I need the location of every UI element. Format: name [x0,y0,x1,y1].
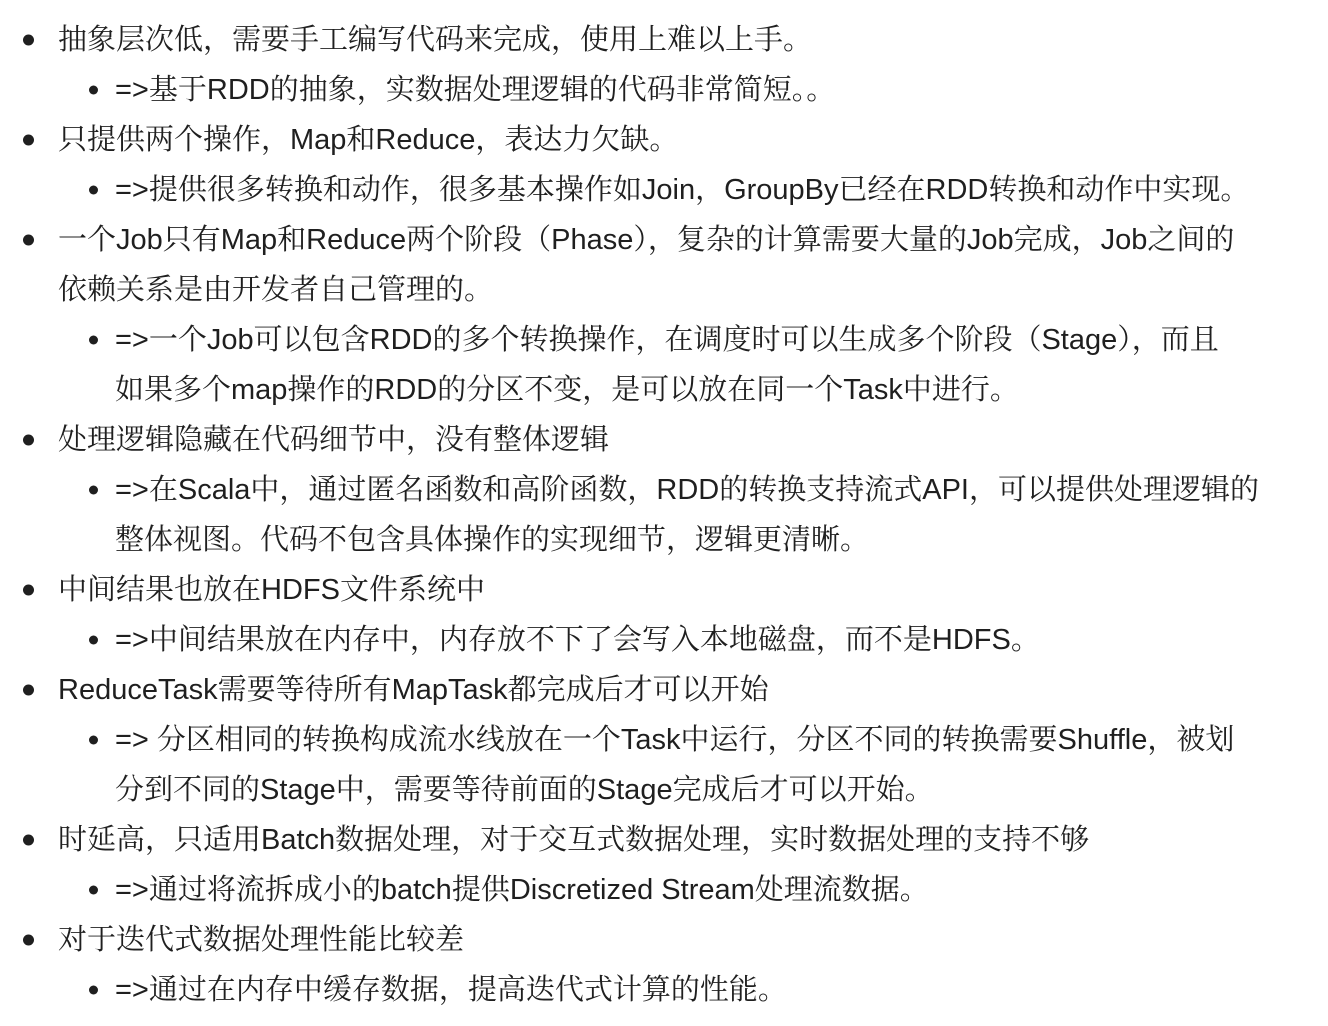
list-item: =>中间结果放在内存中，内存放不下了会写入本地磁盘，而不是HDFS。 [0,615,1328,665]
list-item-text: =>一个Job可以包含RDD的多个转换操作，在调度时可以生成多个阶段（Stage… [0,315,1328,365]
list-item: 时延高，只适用Batch数据处理，对于交互式数据处理，实时数据处理的支持不够 [0,815,1328,865]
list-item: ReduceTask需要等待所有MapTask都完成后才可以开始 [0,665,1328,715]
bullet-icon [23,835,34,846]
bullet-icon [89,736,98,745]
list-item-text: 抽象层次低，需要手工编写代码来完成，使用上难以上手。 [0,15,1328,65]
list-item: 抽象层次低，需要手工编写代码来完成，使用上难以上手。 [0,15,1328,65]
bullet-icon [23,135,34,146]
bullet-icon [23,35,34,46]
bullet-icon [89,336,98,345]
list-item-text: 一个Job只有Map和Reduce两个阶段（Phase），复杂的计算需要大量的J… [0,215,1328,265]
list-item-continuation: 整体视图。代码不包含具体操作的实现细节，逻辑更清晰。 [0,515,1328,565]
list-item-text: =>在Scala中，通过匿名函数和高阶函数，RDD的转换支持流式API，可以提供… [0,465,1328,515]
list-item-text: =>中间结果放在内存中，内存放不下了会写入本地磁盘，而不是HDFS。 [0,615,1328,665]
list-item-text: 处理逻辑隐藏在代码细节中，没有整体逻辑 [0,415,1328,465]
list-item-text: =>通过将流拆成小的batch提供Discretized Stream处理流数据… [0,865,1328,915]
bullet-icon [89,986,98,995]
list-item: =>在Scala中，通过匿名函数和高阶函数，RDD的转换支持流式API，可以提供… [0,465,1328,515]
list-item-text: => 分区相同的转换构成流水线放在一个Task中运行，分区不同的转换需要Shuf… [0,715,1328,765]
list-item-text: =>基于RDD的抽象，实数据处理逻辑的代码非常简短。。 [0,65,1328,115]
bullet-icon [89,636,98,645]
bullet-icon [89,86,98,95]
bullet-icon [23,585,34,596]
list-item: 中间结果也放在HDFS文件系统中 [0,565,1328,615]
list-item-continuation: 分到不同的Stage中，需要等待前面的Stage完成后才可以开始。 [0,765,1328,815]
list-item: =>通过将流拆成小的batch提供Discretized Stream处理流数据… [0,865,1328,915]
bullet-icon [89,886,98,895]
list-item-text: 对于迭代式数据处理性能比较差 [0,915,1328,965]
list-item: =>基于RDD的抽象，实数据处理逻辑的代码非常简短。。 [0,65,1328,115]
list-item: => 分区相同的转换构成流水线放在一个Task中运行，分区不同的转换需要Shuf… [0,715,1328,765]
list-item-text: 依赖关系是由开发者自己管理的。 [0,265,1328,315]
list-item: 处理逻辑隐藏在代码细节中，没有整体逻辑 [0,415,1328,465]
list-item-text: 中间结果也放在HDFS文件系统中 [0,565,1328,615]
bullet-icon [89,186,98,195]
list-item-text: =>提供很多转换和动作，很多基本操作如Join，GroupBy已经在RDD转换和… [0,165,1328,215]
list-item: 一个Job只有Map和Reduce两个阶段（Phase），复杂的计算需要大量的J… [0,215,1328,265]
list-item: 只提供两个操作，Map和Reduce，表达力欠缺。 [0,115,1328,165]
list-item-text: 如果多个map操作的RDD的分区不变，是可以放在同一个Task中进行。 [0,365,1328,415]
list-item-text: ReduceTask需要等待所有MapTask都完成后才可以开始 [0,665,1328,715]
bullet-icon [89,486,98,495]
notes-document: 抽象层次低，需要手工编写代码来完成，使用上难以上手。=>基于RDD的抽象，实数据… [0,0,1328,1015]
list-item: 对于迭代式数据处理性能比较差 [0,915,1328,965]
bullet-icon [23,935,34,946]
list-item-text: 只提供两个操作，Map和Reduce，表达力欠缺。 [0,115,1328,165]
list-item-continuation: 依赖关系是由开发者自己管理的。 [0,265,1328,315]
bullet-icon [23,685,34,696]
list-item: =>提供很多转换和动作，很多基本操作如Join，GroupBy已经在RDD转换和… [0,165,1328,215]
list-item: =>一个Job可以包含RDD的多个转换操作，在调度时可以生成多个阶段（Stage… [0,315,1328,365]
list-item-text: =>通过在内存中缓存数据，提高迭代式计算的性能。 [0,965,1328,1015]
list-item-text: 分到不同的Stage中，需要等待前面的Stage完成后才可以开始。 [0,765,1328,815]
list-item-continuation: 如果多个map操作的RDD的分区不变，是可以放在同一个Task中进行。 [0,365,1328,415]
bullet-icon [23,235,34,246]
list-item: =>通过在内存中缓存数据，提高迭代式计算的性能。 [0,965,1328,1015]
list-item-text: 整体视图。代码不包含具体操作的实现细节，逻辑更清晰。 [0,515,1328,565]
bullet-icon [23,435,34,446]
list-item-text: 时延高，只适用Batch数据处理，对于交互式数据处理，实时数据处理的支持不够 [0,815,1328,865]
